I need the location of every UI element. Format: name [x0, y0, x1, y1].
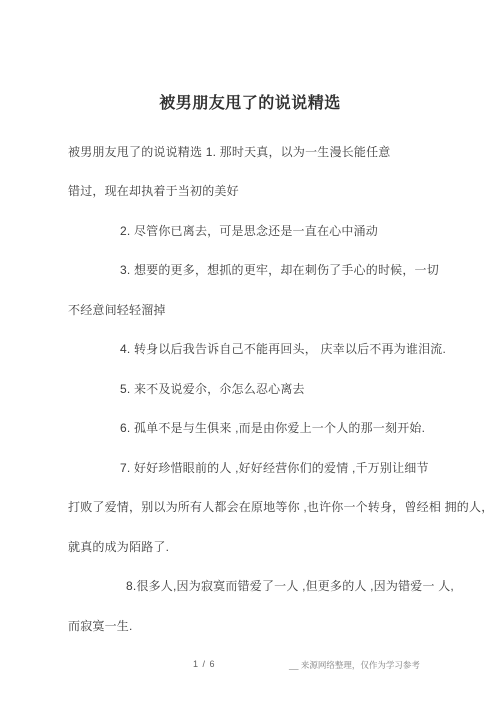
doc-line: 被男朋友甩了的说说精选 1. 那时天真，以为一生漫长能任意 [68, 143, 390, 160]
doc-line: 而寂寞一生. [68, 617, 133, 634]
document-title: 被男朋友甩了的说说精选 [0, 90, 500, 113]
doc-line: 就真的成为陌路了. [68, 538, 169, 555]
doc-line: 错过，现在却执着于当初的美好 [68, 182, 239, 199]
doc-line: 8.很多人,因为寂寞而错爱了一人 ,但更多的人 ,因为错爱一 人, [126, 577, 454, 594]
doc-line: 7. 好好珍惜眼前的人 ,好好经营你们的爱情 ,千万别让细节 [120, 459, 429, 476]
page-number-indicator: 1 / 6 [193, 659, 216, 669]
source-note: __ 来源网络整理，仅作为学习参考 [289, 659, 420, 671]
doc-line: 不经意间轻轻溜掉 [68, 301, 166, 318]
doc-line: 2. 尽管你已离去，可是思念还是一直在心中涌动 [120, 222, 378, 239]
doc-line: 3. 想要的更多，想抓的更牢，却在刺伤了手心的时候，一切 [120, 261, 439, 278]
page-footer: 1 / 6 __ 来源网络整理，仅作为学习参考 [0, 659, 500, 673]
document-page: 被男朋友甩了的说说精选 被男朋友甩了的说说精选 1. 那时天真，以为一生漫长能任… [0, 0, 500, 708]
doc-line: 4. 转身以后我告诉自己不能再回头， 庆幸以后不再为谁泪流. [120, 340, 446, 357]
doc-line: 5. 来不及说爱尒，尒怎么忍心离去 [120, 380, 305, 397]
doc-line: 6. 孤单不是与生俱来 ,而是由你爱上一个人的那一刻开始. [120, 419, 425, 436]
doc-line: 打败了爱情，别以为所有人都会在原地等你 ,也许你一个转身，曾经相 拥的人， [68, 498, 493, 515]
